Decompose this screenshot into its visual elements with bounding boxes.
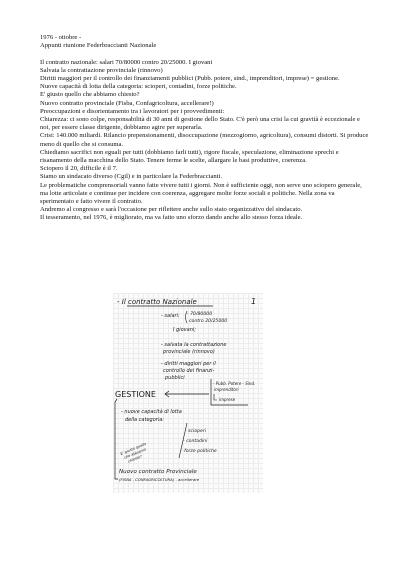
paragraph: Il tesseramento, nel 1976, è migliorato,… [40,214,370,222]
notes-diritti: controllo dei finanzi- [163,368,214,374]
paragraph: Sciopero il 20, difficile è il 7. [40,165,370,173]
notes-heading: - Il contratto Nazionale [117,298,197,306]
paragraph: Chiarezza: ci sono colpe, responsabilità… [40,116,370,132]
document-page: 1976 - ottobre - Appunti riunione Federb… [40,34,370,223]
notes-salvata: provinciale (rinnovo) [162,349,215,355]
handwritten-notes-scan: - Il contratto Nazionale 1 - salari: - 7… [113,293,263,493]
document-body: Il contratto nazionale: salari 70/80000 … [40,59,370,223]
paragraph: Diritti maggiori per il controllo dei fi… [40,75,370,83]
paragraph: Le problematiche comprensoriali vanno fa… [40,182,370,207]
notes-diritti: - diritti maggiori per il [161,361,216,367]
notes-salari-label: - salari: [161,313,180,319]
notes-categoria-item: - scioperi [185,428,207,434]
document-header: 1976 - ottobre - Appunti riunione Federb… [40,34,370,50]
paragraph: Il contratto nazionale: salari 70/80000 … [40,59,370,67]
notes-giovani: I giovani; [173,327,196,333]
notes-bracket-item: imprenditori [214,387,239,392]
notes-page-number: 1 [251,297,256,306]
notes-nuovo-contratto: Nuovo contratto Provinciale [119,469,197,475]
document-date: 1976 - ottobre - [40,34,370,42]
notes-nuove: della categoria: [125,417,164,423]
paragraph: Salvata la contrattazione provinciale (r… [40,67,370,75]
notes-categoria-item: - contadini [183,438,208,444]
paragraph: E' giusto quello che abbiamo chiesto? [40,91,370,99]
notes-salari-value: - 70/80000 [187,311,212,317]
paragraph: Crisi: 140.000 miliardi. Rilancio prepen… [40,132,370,148]
notes-bracket-item: imprese [219,397,236,402]
notes-categoria-item: - forze politiche [181,448,217,454]
paragraph: Nuove capacità di lotta della categoria:… [40,83,370,91]
notes-diritti: pubblici [164,375,185,381]
notes-gestione: GESTIONE [115,390,156,399]
notes-salari-value: contro 20/25000 [189,318,227,324]
paragraph: Andremo al congresso e sarà l'occasione … [40,206,370,214]
paragraph: Siamo un sindacato diverso (Cgil) e in p… [40,173,370,181]
notes-nuovo-contratto: (FISBA - CONFAGRICOLTURA) - accellerare [119,477,200,482]
paragraph: Chiediamo sacrifici non eguali per tutti… [40,149,370,165]
notes-bracket-item: - Pubb. Potere - Sind. [213,381,255,386]
notes-salvata: - salvata la contrattazione [161,342,227,348]
paragraph: Preoccupazioni e disorientamento tra i l… [40,108,370,116]
notes-nuove: - nuove capacità di lotta [121,408,182,415]
paragraph: Nuovo contratto provinciale (Fisba, Conf… [40,100,370,108]
document-title: Appunti riunione Federbraccianti Naziona… [40,42,370,50]
